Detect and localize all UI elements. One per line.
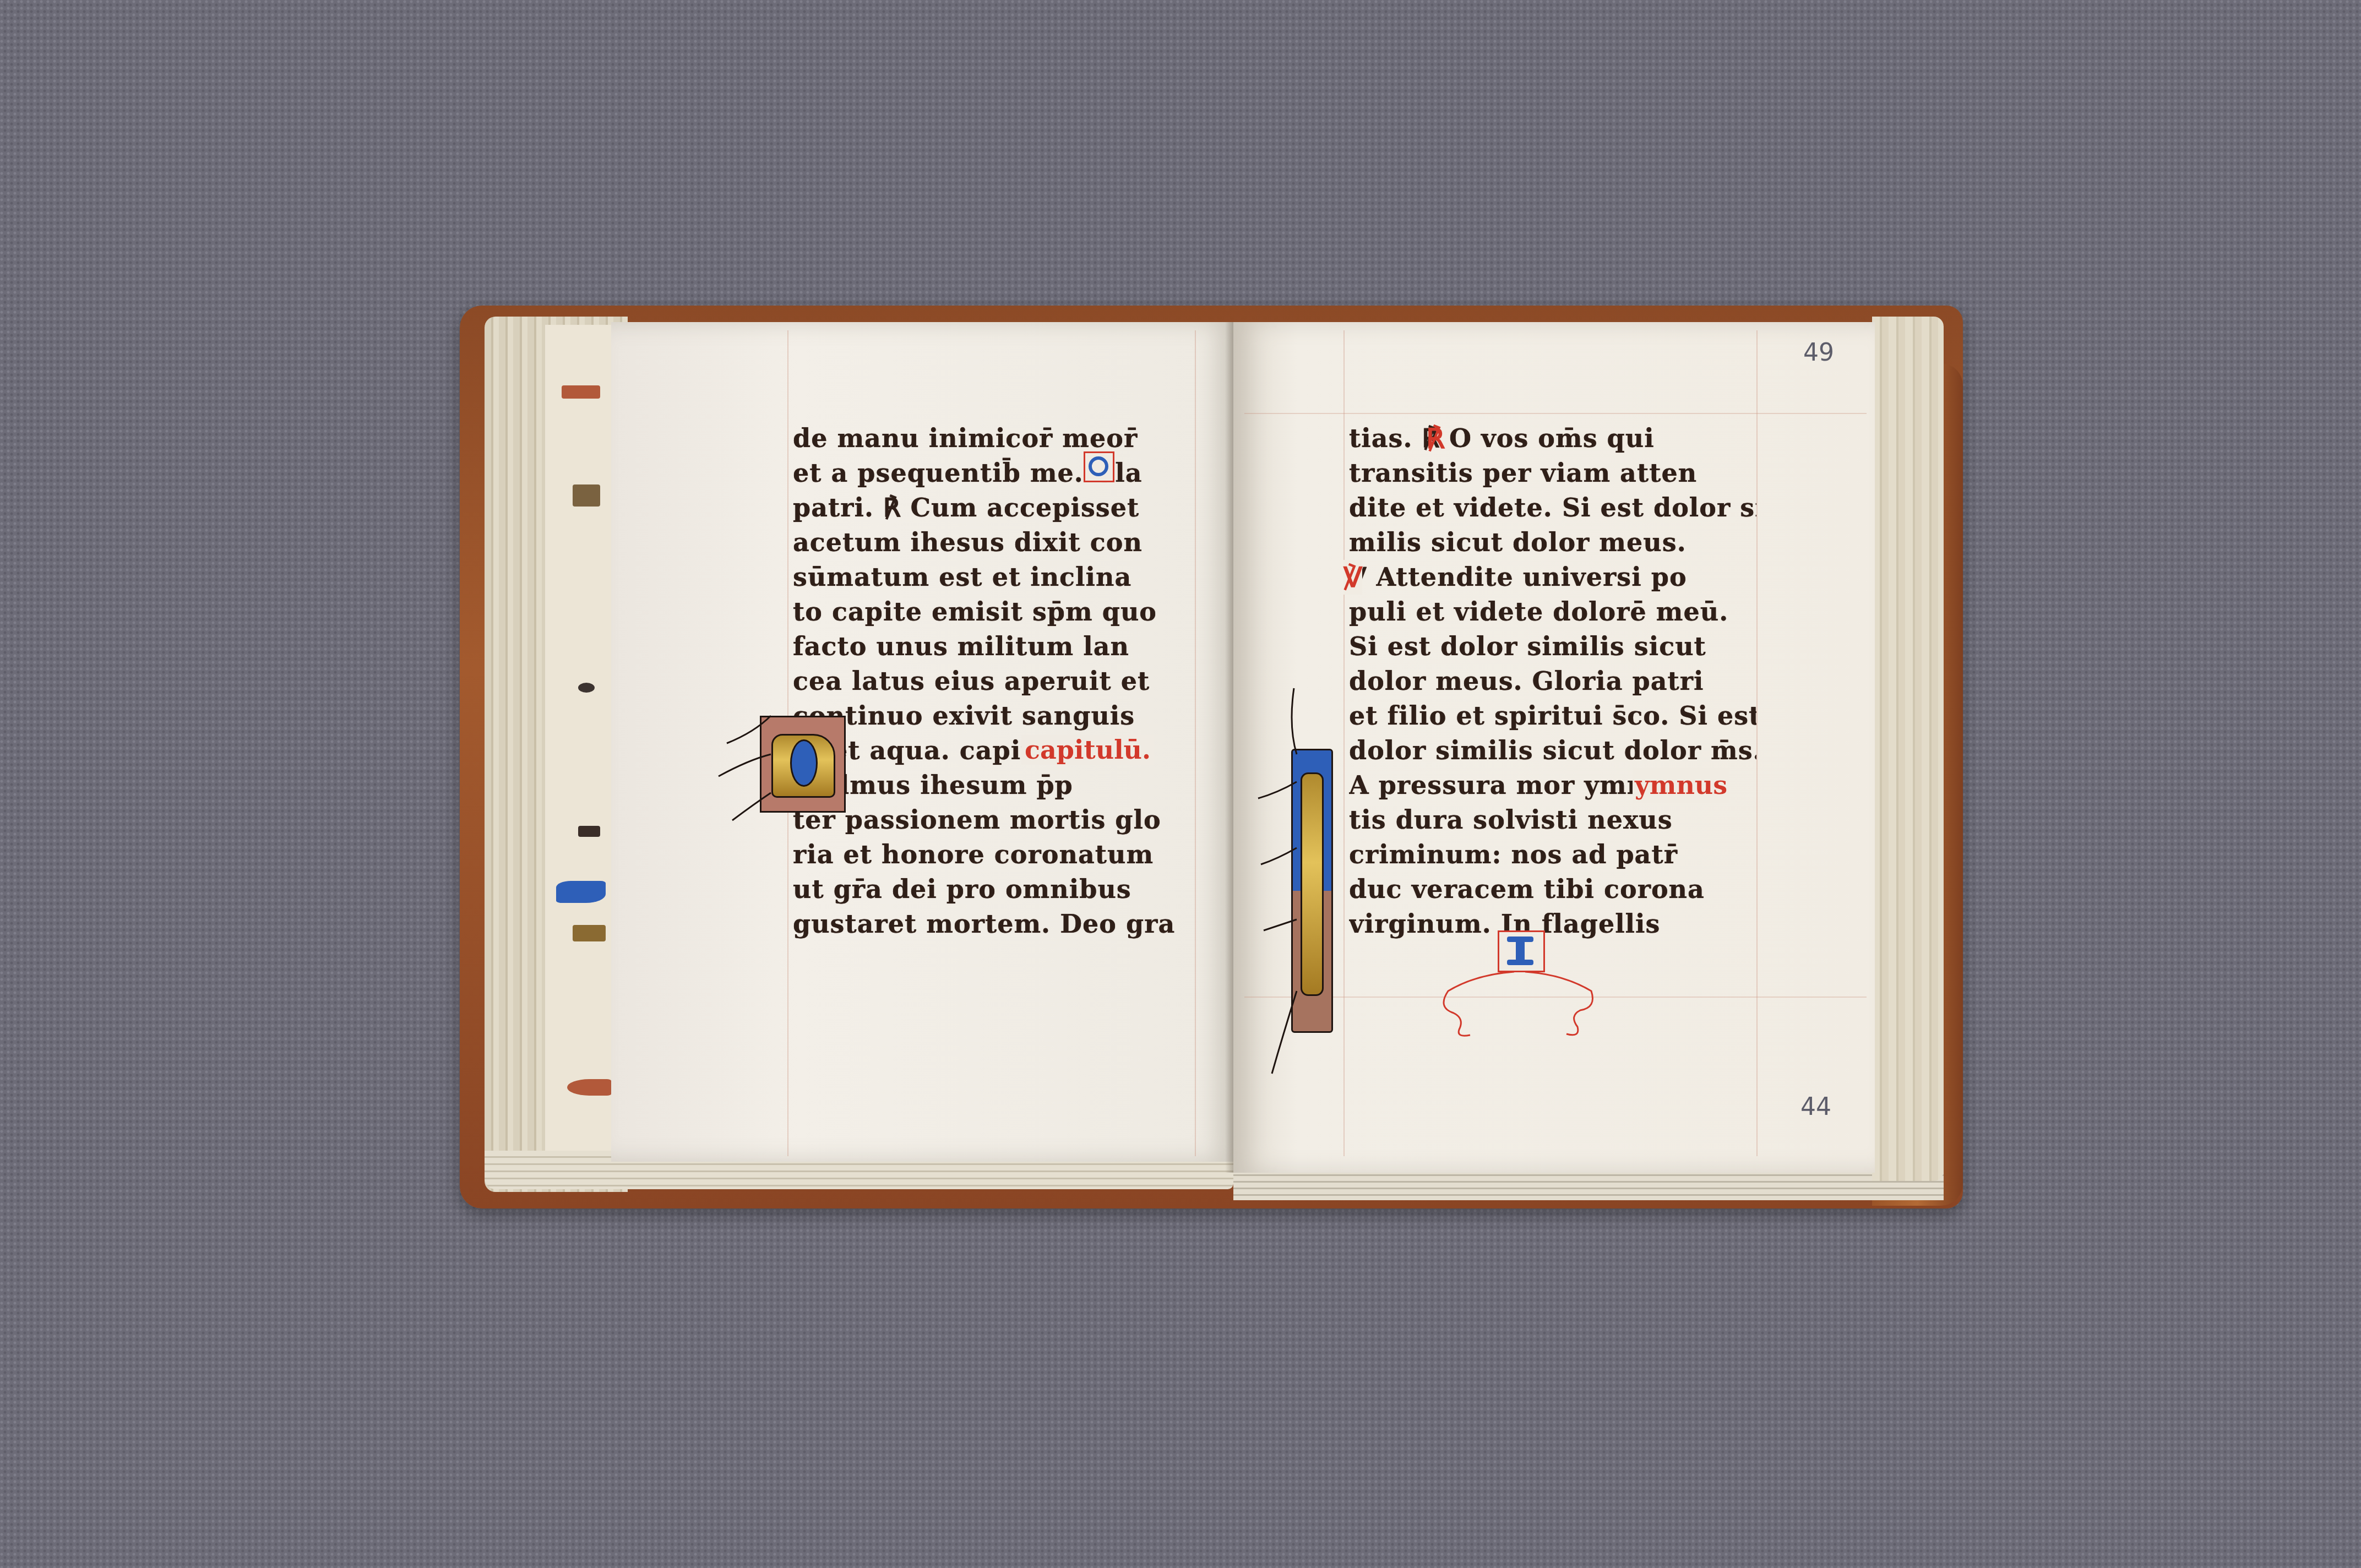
- marginal-decoration-black: [578, 826, 600, 837]
- text-line: ut gr̄a dei pro omnibus: [793, 872, 1200, 907]
- text-line: criminum: nos ad patr̄: [1349, 837, 1756, 872]
- text-line: tias. ℟ O vos om̄s qui: [1349, 421, 1756, 456]
- marginal-decoration-gold: [573, 484, 600, 507]
- text-line: duc veracem tibi corona: [1349, 872, 1756, 907]
- text-line: gustaret mortem. Deo gra: [793, 907, 1200, 941]
- ruling-line: [1244, 413, 1867, 414]
- blue-i-top: [1507, 937, 1533, 942]
- blue-g-glyph: [1089, 456, 1108, 476]
- text-line: de manu inimicor̄ meor̄: [793, 421, 1200, 456]
- text-line: dmus ihesum p̄p: [793, 768, 1200, 803]
- rubric-versicle-mark: ℣: [1343, 560, 1362, 595]
- initial-penwork-flourish: [1255, 683, 1299, 1079]
- text-line: cea latus eius aperuit et: [793, 664, 1200, 699]
- folio-number-bottom: 44: [1800, 1093, 1831, 1121]
- small-initial-g: [1084, 451, 1114, 482]
- text-line: to capite emisit sp̄m quo: [793, 595, 1200, 629]
- text-line: ℣ Attendite universi po: [1349, 560, 1756, 595]
- blue-infill: [790, 739, 818, 787]
- marginal-decoration-blue: [556, 881, 606, 903]
- text-line: transitis per viam atten: [1349, 456, 1756, 491]
- page-edges-right: [1872, 317, 1944, 1181]
- text-line: Si est dolor similis sicut: [1349, 629, 1756, 664]
- blue-i-bottom: [1507, 960, 1533, 965]
- red-penwork-flourish: [1432, 969, 1608, 1046]
- text-line: milis sicut dolor meus.: [1349, 525, 1756, 560]
- small-initial-i: [1498, 930, 1545, 972]
- right-page-text: tias. ℟ O vos om̄s qui transitis per via…: [1349, 421, 1756, 941]
- text-line: et filio et spiritui s̄co. Si est: [1349, 699, 1756, 733]
- rubric-capitulum: capitulū.: [1021, 735, 1154, 765]
- folio-number-top: 49: [1803, 339, 1834, 367]
- ruling-line: [1756, 330, 1758, 1156]
- ruling-line: [1343, 330, 1345, 1156]
- rubric-response-mark: ℟: [1426, 421, 1445, 456]
- text-line: facto unus militum lan: [793, 629, 1200, 664]
- marginal-decoration-gold-2: [573, 925, 606, 941]
- text-line: acetum ihesus dixit con: [793, 525, 1200, 560]
- left-page-text: de manu inimicor̄ meor̄ et a psequentib̄…: [793, 421, 1200, 941]
- text-line: dolor similis sicut dolor m̄s.: [1349, 733, 1756, 768]
- marginal-decoration-dot: [578, 683, 595, 693]
- text-line: continuo exivit sanguis: [793, 699, 1200, 733]
- text-line: virginum. In flagellis: [1349, 907, 1756, 941]
- text-line: et a psequentib̄ me. Ḡla: [793, 456, 1200, 491]
- text-line: sūmatum est et inclina: [793, 560, 1200, 595]
- text-line: tis dura solvisti nexus: [1349, 803, 1756, 837]
- rubric-hymnus: ymnus: [1633, 768, 1729, 803]
- text-line: ter passionem mortis glo: [793, 803, 1200, 837]
- text-line: patri. ℟ Cum accepisset: [793, 491, 1200, 525]
- text-line: dite et videte. Si est dolor si: [1349, 491, 1756, 525]
- text-line: ria et honore coronatum: [793, 837, 1200, 872]
- marginal-decoration-red: [562, 385, 600, 399]
- text-line: dolor meus. Gloria patri: [1349, 664, 1756, 699]
- marginal-decoration-red-2: [567, 1079, 611, 1096]
- gold-leaf: [1301, 772, 1324, 996]
- text-line: puli et videte dolorē meū.: [1349, 595, 1756, 629]
- initial-penwork-flourish: [716, 699, 776, 826]
